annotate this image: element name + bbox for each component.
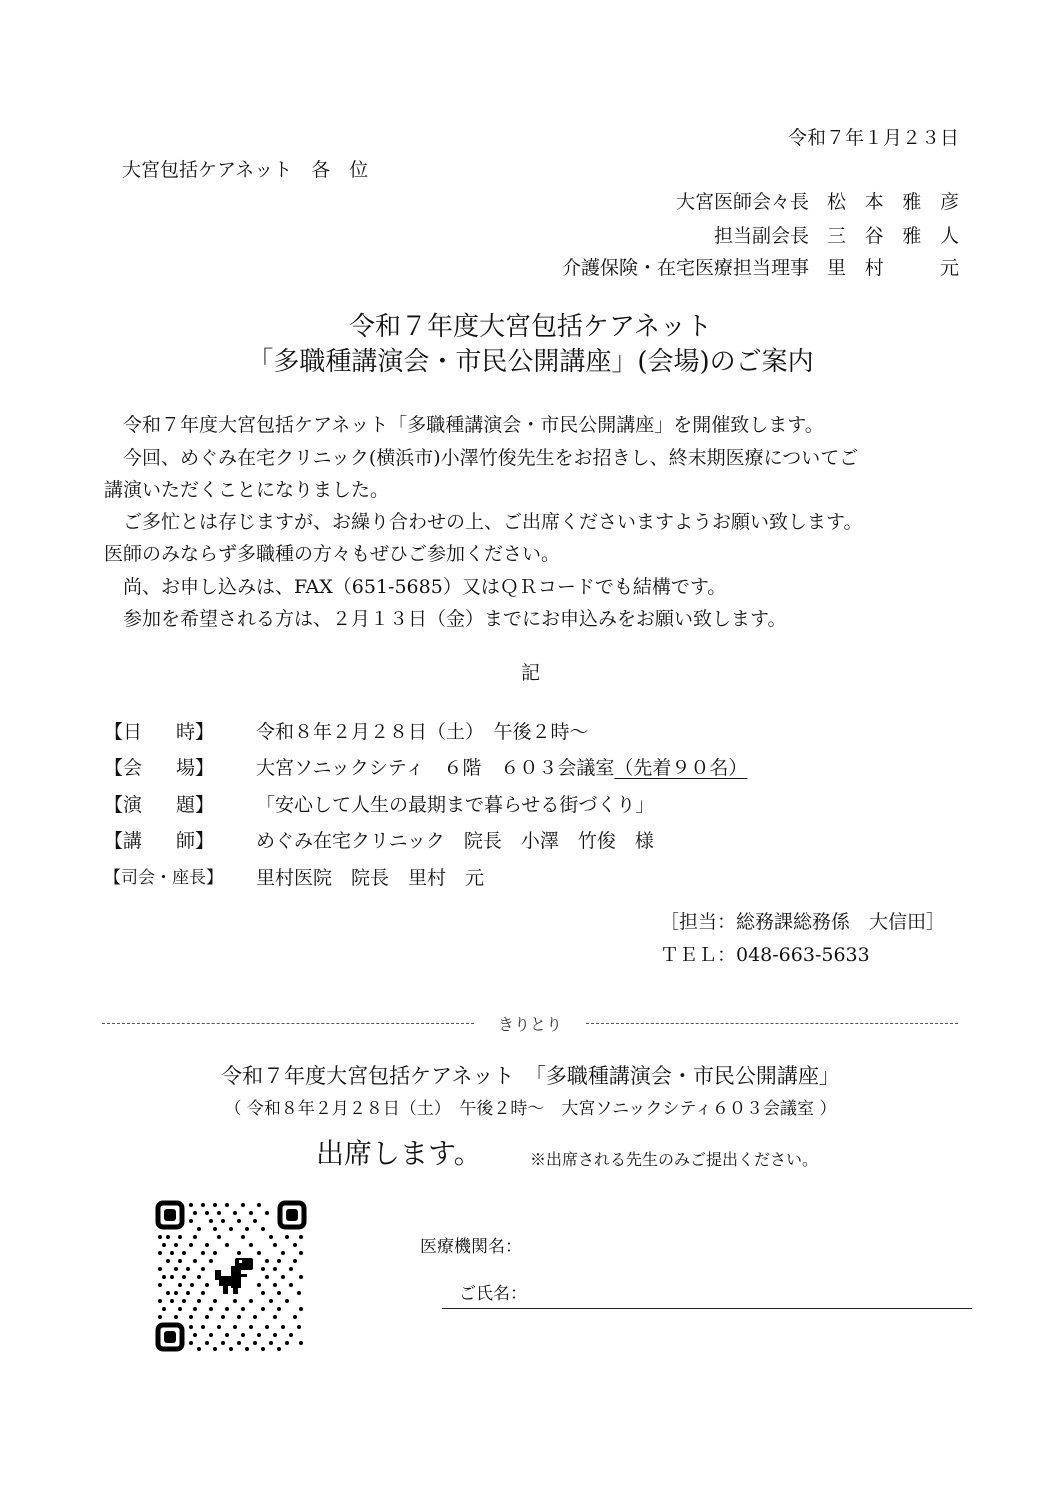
body-paragraph: 参加を希望される方は、２月１３日（金）までにお申込みをお願い致します。 [104,607,786,631]
detail-value: めぐみ在宅クリニック 院長 小澤 竹俊 様 [256,829,654,853]
label-left: 【日 [104,720,142,744]
attend-statement: 出席します。 [316,1136,482,1172]
doctor-name-label: ご氏名： [459,1279,527,1304]
detail-value: 里村医院 院長 里村 元 [256,866,484,890]
sender-name: 松 本 雅 彦 [827,190,959,214]
detail-label: 【講師】 [104,829,256,853]
reply-title: 令和７年度大宮包括ケアネット 「多職種講演会・市民公開講座」 [0,1060,1061,1090]
label-right: 師】 [176,829,214,853]
body-paragraph: 今回、めぐみ在宅クリニック(横浜市)小澤竹俊先生をお招きし、終末期医療についてご [104,446,858,470]
detail-row-chair: 【司会・座長】 里村医院 院長 里村 元 [104,866,484,890]
name-signature-line[interactable] [442,1308,972,1309]
detail-label: 【演題】 [104,793,256,817]
name-char: 村 [865,256,884,280]
name-char: 彦 [940,190,959,214]
sender-name: 三 谷 雅 人 [827,224,959,248]
sender-name: 里 村 元 [827,256,959,280]
cut-line: きりとり [102,1012,958,1035]
detail-row-datetime: 【日時】 令和８年２月２８日（土） 午後２時～ [104,720,589,744]
page-title-line1: 令和７年度大宮包括ケアネット [0,310,1061,344]
contact-tel: ＴＥＬ：048-663-5633 [660,943,870,967]
page-title-line2: 「多職種講演会・市民公開講座」(会場)のご案内 [0,345,1061,379]
sender-vice-president: 担当副会長 三 谷 雅 人 [714,224,959,248]
name-char [902,256,921,280]
label-left: 【講 [104,829,142,853]
document-date: 令和７年１月２３日 [788,126,959,150]
body-paragraph: 講演いただくことになりました。 [104,478,389,502]
body-paragraph: 令和７年度大宮包括ケアネット「多職種講演会・市民公開講座」を開催致します。 [104,413,824,437]
name-char: 里 [827,256,846,280]
ki-heading: 記 [0,661,1061,685]
label-left: 【司会・座長】 [104,866,223,890]
body-paragraph: 医師のみならず多職種の方々もぜひご参加ください。 [104,542,560,566]
capacity-note: （先着９０名） [614,756,747,780]
cut-line-label: きりとり [474,1012,586,1035]
detail-row-venue: 【会場】 大宮ソニックシティ ６階 ６０３会議室 （先着９０名） [104,756,747,780]
attend-note: ※出席される先生のみご提出ください。 [530,1147,818,1170]
label-right: 場】 [176,756,214,780]
detail-label: 【司会・座長】 [104,866,256,890]
label-left: 【演 [104,793,142,817]
body-paragraph: ご多忙とは存じますが、お繰り合わせの上、ご出席くださいますようお願い致します。 [104,510,862,534]
detail-row-speaker: 【講師】 めぐみ在宅クリニック 院長 小澤 竹俊 様 [104,829,654,853]
sender-role: 担当副会長 [714,224,809,248]
name-char: 松 [827,190,846,214]
dashed-divider [102,1023,474,1024]
label-right: 時】 [176,720,214,744]
sender-role: 介護保険・在宅医療担当理事 [562,256,809,280]
sender-president: 大宮医師会々長 松 本 雅 彦 [676,190,959,214]
name-char: 谷 [865,224,884,248]
addressee: 大宮包括ケアネット 各 位 [122,158,368,182]
detail-label: 【会場】 [104,756,256,780]
name-char: 三 [827,224,846,248]
detail-row-topic: 【演題】 「安心して人生の最期まで暮らせる街づくり」 [104,793,654,817]
sender-role: 大宮医師会々長 [676,190,809,214]
detail-label: 【日時】 [104,720,256,744]
dashed-divider [586,1023,958,1024]
contact-person: ［担当：総務課総務係 大信田］ [660,910,945,934]
sender-director: 介護保険・在宅医療担当理事 里 村 元 [562,256,959,280]
reply-subtitle: （ 令和８年２月２８日（土） 午後２時～ 大宮ソニックシティ６０３会議室 ） [0,1094,1061,1119]
body-paragraph: 尚、お申し込みは、FAX（651-5685）又はＱＲコードでも結構です。 [104,575,726,599]
detail-value: 令和８年２月２８日（土） 午後２時～ [256,720,589,744]
name-char: 雅 [902,224,921,248]
detail-value: 大宮ソニックシティ ６階 ６０３会議室 [256,756,614,780]
detail-value: 「安心して人生の最期まで暮らせる街づくり」 [256,793,654,817]
name-char: 人 [940,224,959,248]
name-char: 元 [940,256,959,280]
qr-code-icon[interactable] [155,1200,307,1352]
institution-name-label: 医療機関名： [420,1232,522,1257]
label-right: 題】 [176,793,214,817]
name-char: 本 [865,190,884,214]
name-char: 雅 [902,190,921,214]
label-left: 【会 [104,756,142,780]
